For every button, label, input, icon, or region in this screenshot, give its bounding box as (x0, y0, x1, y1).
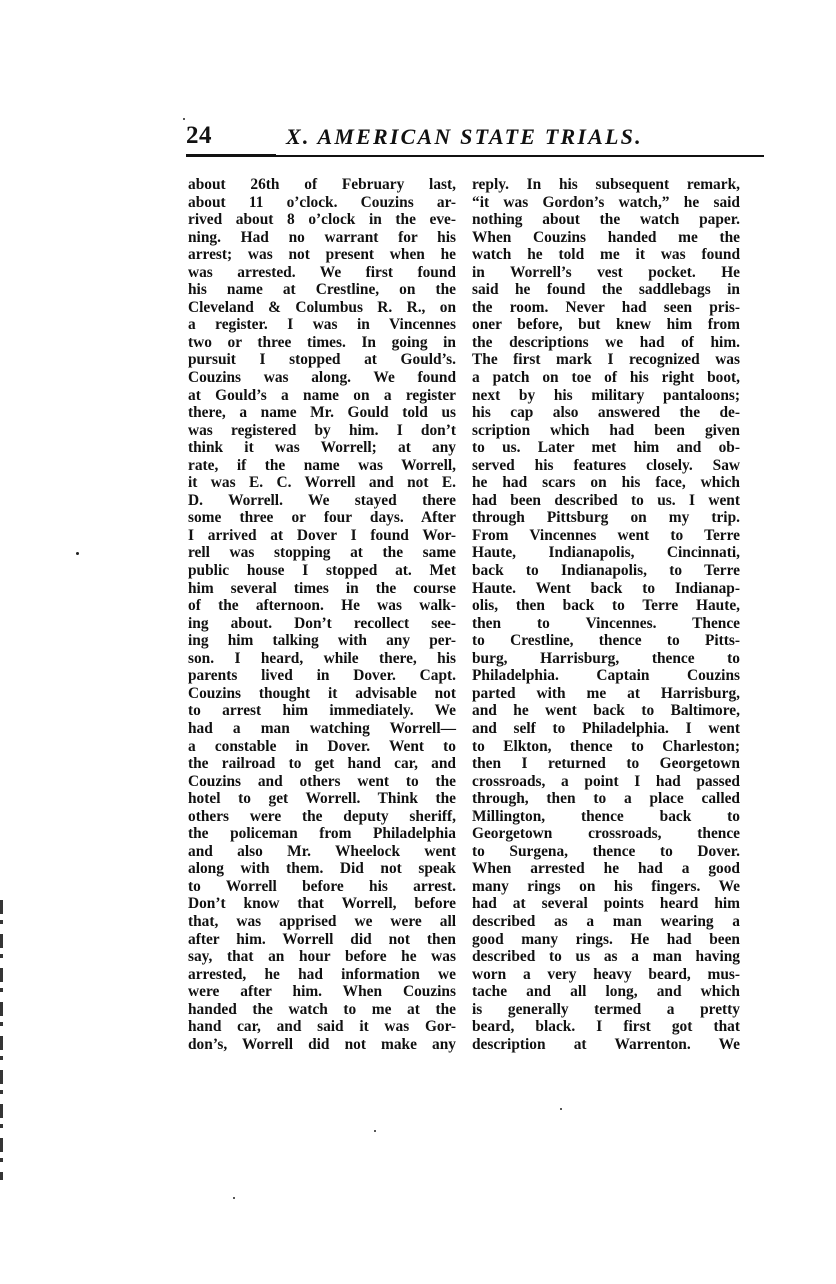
scan-speck (233, 1197, 235, 1199)
text-line: arrest; was not present when he (188, 246, 456, 264)
text-line: Couzins was along. We found (188, 369, 456, 387)
text-line: was registered by him. I don’t (188, 422, 456, 440)
text-line: reply. In his subsequent remark, (472, 176, 740, 194)
text-line: to Worrell before his arrest. (188, 878, 456, 896)
text-line: a constable in Dover. Went to (188, 738, 456, 756)
text-line: worn a very heavy beard, mus- (472, 966, 740, 984)
text-line: and self to Philadelphia. I went (472, 720, 740, 738)
text-line: his cap also answered the de- (472, 404, 740, 422)
text-line: about 26th of February last, (188, 176, 456, 194)
page-number: 24 (186, 122, 212, 150)
text-line: burg, Harrisburg, thence to (472, 650, 740, 668)
text-line: Haute, Indianapolis, Cincinnati, (472, 544, 740, 562)
text-line: Haute. Went back to Indianap- (472, 580, 740, 598)
text-line: at Gould’s a name on a register (188, 387, 456, 405)
scan-speck (183, 118, 185, 120)
text-line: Philadelphia. Captain Couzins (472, 667, 740, 685)
text-line: it was E. C. Worrell and not E. (188, 474, 456, 492)
text-line: to Elkton, thence to Charleston; (472, 738, 740, 756)
text-line: next by his military pantaloons; (472, 387, 740, 405)
text-line: to Crestline, thence to Pitts- (472, 632, 740, 650)
text-line: his name at Crestline, on the (188, 281, 456, 299)
text-line: and also Mr. Wheelock went (188, 843, 456, 861)
text-line: there, a name Mr. Gould told us (188, 404, 456, 422)
text-line: say, that an hour before he was (188, 948, 456, 966)
scan-speck (76, 552, 79, 555)
text-line: in Worrell’s vest pocket. He (472, 264, 740, 282)
text-line: Georgetown crossroads, thence (472, 825, 740, 843)
book-page: 24 X. AMERICAN STATE TRIALS. about 26th … (0, 0, 836, 1284)
text-line: that, was apprised we were all (188, 913, 456, 931)
text-line: good many rings. He had been (472, 931, 740, 949)
text-line: about 11 o’clock. Couzins ar- (188, 194, 456, 212)
text-line: of the afternoon. He was walk- (188, 597, 456, 615)
text-line: Don’t know that Worrell, before (188, 895, 456, 913)
page-header: 24 X. AMERICAN STATE TRIALS. (186, 120, 764, 154)
text-line: two or three times. In going in (188, 334, 456, 352)
text-line: beard, black. I first got that (472, 1018, 740, 1036)
text-line: When arrested he had a good (472, 860, 740, 878)
text-line: crossroads, a point I had passed (472, 773, 740, 791)
text-line: ing him talking with any per- (188, 632, 456, 650)
text-line: was arrested. We first found (188, 264, 456, 282)
scan-edge-marks (0, 900, 3, 1180)
text-line: When Couzins handed me the (472, 229, 740, 247)
text-line: think it was Worrell; at any (188, 439, 456, 457)
text-column-right: reply. In his subsequent remark,“it was … (472, 176, 740, 1053)
text-line: rell was stopping at the same (188, 544, 456, 562)
text-line: is generally termed a pretty (472, 1001, 740, 1019)
text-line: the railroad to get hand car, and (188, 755, 456, 773)
text-line: olis, then back to Terre Haute, (472, 597, 740, 615)
text-line: described as a man wearing a (472, 913, 740, 931)
text-line: hotel to get Worrell. Think the (188, 790, 456, 808)
text-line: rived about 8 o’clock in the eve- (188, 211, 456, 229)
running-title: X. AMERICAN STATE TRIALS. (286, 124, 643, 150)
text-line: tache and all long, and which (472, 983, 740, 1001)
text-line: others were the deputy sheriff, (188, 808, 456, 826)
text-line: along with them. Did not speak (188, 860, 456, 878)
text-line: some three or four days. After (188, 509, 456, 527)
text-line: then to Vincennes. Thence (472, 615, 740, 633)
text-line: were after him. When Couzins (188, 983, 456, 1001)
text-line: back to Indianapolis, to Terre (472, 562, 740, 580)
text-line: son. I heard, while there, his (188, 650, 456, 668)
text-line: him several times in the course (188, 580, 456, 598)
text-line: and he went back to Baltimore, (472, 702, 740, 720)
text-line: had been described to us. I went (472, 492, 740, 510)
text-line: described to us as a man having (472, 948, 740, 966)
text-line: scription which had been given (472, 422, 740, 440)
text-line: From Vincennes went to Terre (472, 527, 740, 545)
text-line: Millington, thence back to (472, 808, 740, 826)
text-line: through Pittsburg on my trip. (472, 509, 740, 527)
text-line: served his features closely. Saw (472, 457, 740, 475)
header-rule-accent (186, 154, 276, 157)
text-line: he had scars on his face, which (472, 474, 740, 492)
text-line: I arrived at Dover I found Wor- (188, 527, 456, 545)
text-line: “it was Gordon’s watch,” he said (472, 194, 740, 212)
text-line: pursuit I stopped at Gould’s. (188, 351, 456, 369)
text-line: description at Warrenton. We (472, 1036, 740, 1054)
text-line: hand car, and said it was Gor- (188, 1018, 456, 1036)
text-line: after him. Worrell did not then (188, 931, 456, 949)
text-line: the room. Never had seen pris- (472, 299, 740, 317)
text-line: Couzins and others went to the (188, 773, 456, 791)
text-line: oner before, but knew him from (472, 316, 740, 334)
text-line: ning. Had no warrant for his (188, 229, 456, 247)
text-line: rate, if the name was Worrell, (188, 457, 456, 475)
text-line: the descriptions we had of him. (472, 334, 740, 352)
text-line: had at several points heard him (472, 895, 740, 913)
text-line: don’s, Worrell did not make any (188, 1036, 456, 1054)
text-line: through, then to a place called (472, 790, 740, 808)
text-line: public house I stopped at. Met (188, 562, 456, 580)
text-line: said he found the saddlebags in (472, 281, 740, 299)
text-line: had a man watching Worrell— (188, 720, 456, 738)
text-line: a register. I was in Vincennes (188, 316, 456, 334)
text-line: the policeman from Philadelphia (188, 825, 456, 843)
text-line: The first mark I recognized was (472, 351, 740, 369)
text-line: ing about. Don’t recollect see- (188, 615, 456, 633)
text-line: nothing about the watch paper. (472, 211, 740, 229)
text-line: to Surgena, thence to Dover. (472, 843, 740, 861)
text-line: to arrest him immediately. We (188, 702, 456, 720)
text-line: parents lived in Dover. Capt. (188, 667, 456, 685)
text-line: arrested, he had information we (188, 966, 456, 984)
text-line: to us. Later met him and ob- (472, 439, 740, 457)
text-line: many rings on his fingers. We (472, 878, 740, 896)
text-line: a patch on toe of his right boot, (472, 369, 740, 387)
text-line: Cleveland & Columbus R. R., on (188, 299, 456, 317)
text-column-left: about 26th of February last,about 11 o’c… (188, 176, 456, 1053)
scan-speck (560, 1108, 562, 1110)
text-line: watch he told me it was found (472, 246, 740, 264)
text-line: parted with me at Harrisburg, (472, 685, 740, 703)
text-line: Couzins thought it advisable not (188, 685, 456, 703)
scan-speck (374, 1130, 376, 1132)
text-line: D. Worrell. We stayed there (188, 492, 456, 510)
text-line: handed the watch to me at the (188, 1001, 456, 1019)
text-line: then I returned to Georgetown (472, 755, 740, 773)
